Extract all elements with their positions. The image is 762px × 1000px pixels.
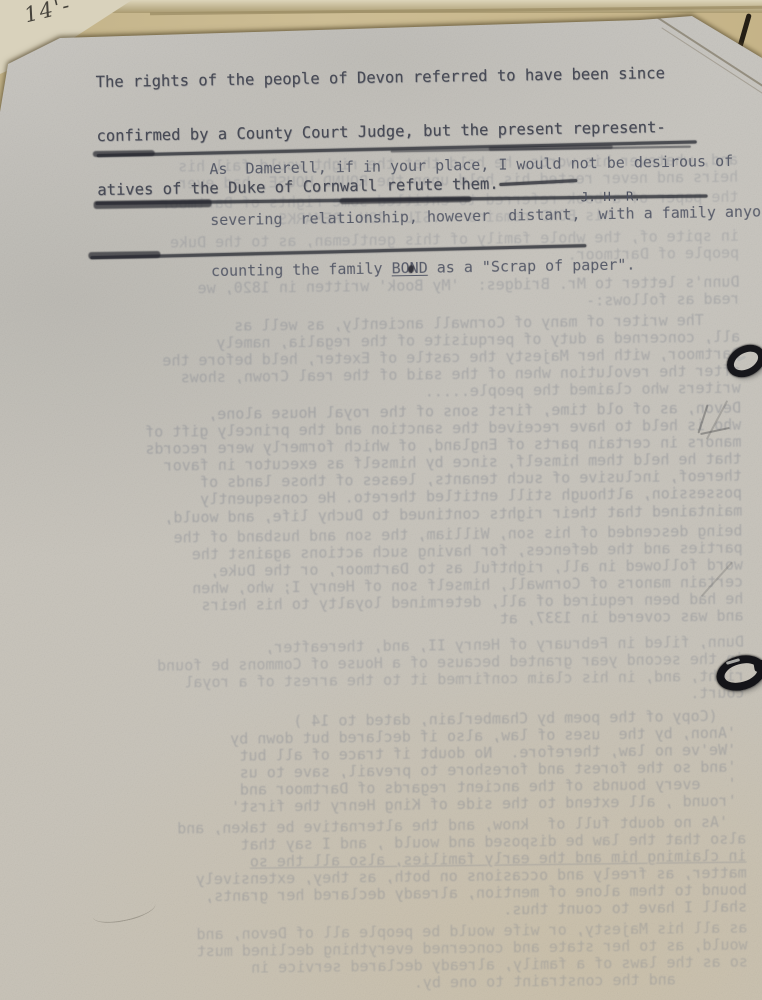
struck-text: As Damerell, if in your place, I would n… bbox=[209, 152, 733, 178]
scribble-mark bbox=[88, 251, 160, 259]
typeset-layer: The rights of the people of Devon referr… bbox=[0, 0, 762, 1000]
scribble-mark bbox=[94, 199, 212, 209]
typed-line: The rights of the people of Devon referr… bbox=[96, 64, 665, 91]
binder-ring bbox=[708, 646, 762, 696]
struck-text: as a "Scrap of paper". bbox=[428, 256, 636, 277]
binder-ring-stub bbox=[753, 659, 762, 673]
typed-page: and, whatever his words, he held that th… bbox=[0, 0, 762, 1000]
page-shadow: and, whatever his words, he held that th… bbox=[0, 0, 762, 1000]
strikethrough-mark bbox=[499, 179, 577, 185]
binder-ring bbox=[722, 336, 762, 384]
struck-text: counting the family bbox=[211, 259, 392, 280]
struck-text: J. H. R. bbox=[581, 188, 641, 204]
binder-ring-loop bbox=[712, 650, 762, 696]
struck-text: severing relationship, however distant, … bbox=[210, 202, 762, 229]
struck-initials: J. H. R. bbox=[505, 173, 641, 235]
binder-ring-loop bbox=[721, 338, 762, 383]
scribble-mark bbox=[489, 145, 613, 151]
struck-line: As Damerell, if in your place, I would n… bbox=[101, 136, 721, 163]
scanned-document: 14'- and, whatever his words, he held th… bbox=[0, 0, 762, 1000]
scribble-mark bbox=[340, 196, 472, 204]
scribble-mark bbox=[93, 150, 155, 157]
